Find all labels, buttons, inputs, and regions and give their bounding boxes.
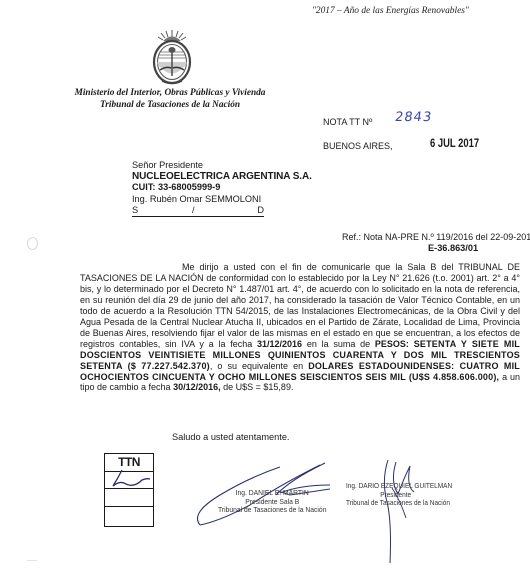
valuation-date: 31/12/2016 (257, 339, 302, 349)
addressee-contact: Ing. Rubén Omar SEMMOLONI (132, 194, 312, 205)
ttn-cell (105, 507, 153, 525)
addressee-cuit: CUIT: 33-68005999-9 (132, 182, 312, 193)
closing-greeting: Saludo a usted atentamente. (172, 432, 289, 442)
sd-line: S / D (132, 205, 264, 217)
signature-guitelman-icon (370, 458, 440, 568)
ttn-cell (105, 489, 153, 507)
reference-line: Ref.: Nota NA-PRE N.º 119/2016 del 22-09… (342, 232, 530, 242)
ministry-name: Ministerio del Interior, Obras Públicas … (60, 88, 280, 100)
note-number-handwritten: 2843 (394, 110, 433, 125)
letter-body: Me dirijo a usted con el fin de comunica… (80, 262, 520, 393)
punch-hole-mark (27, 237, 38, 250)
signer-org: Tribunal de Tasaciones de la Nación (218, 506, 326, 515)
body-paragraph: Me dirijo a usted con el fin de comunica… (80, 262, 520, 393)
exchange-rate: de U$S = $15,89. (223, 382, 293, 392)
sd-mid: / (192, 205, 195, 216)
addressee-block: Señor Presidente NUCLEOELECTRICA ARGENTI… (132, 160, 312, 217)
body-text-sum: en la suma de (307, 339, 370, 349)
handwritten-initial-icon (108, 468, 152, 490)
date-stamp: 6 JUL 2017 (430, 138, 479, 150)
signature-stamp-martin: Ing. DANIEL E. MARTIN Presidente Sala B … (218, 489, 326, 515)
header-motto: "2017 – Año de las Energías Renovables" (312, 6, 469, 16)
punch-hole-mark (27, 560, 37, 567)
exchange-date: 30/12/2016, (173, 382, 221, 392)
pesos-label: PESOS: (375, 339, 409, 349)
addressee-salutation: Señor Presidente (132, 160, 312, 171)
ministry-heading: Ministerio del Interior, Obras Públicas … (60, 88, 280, 111)
expediente-number: E-36.863/01 (428, 243, 478, 253)
note-label: NOTA TT Nº (323, 117, 372, 127)
ttn-initials-box: TTN (104, 453, 154, 527)
sd-left: S (132, 205, 138, 216)
addressee-company: NUCLEOELECTRICA ARGENTINA S.A. (132, 171, 312, 182)
argentina-coat-of-arms-icon (146, 28, 198, 88)
body-text-main: Me dirijo a usted con el fin de comunica… (80, 262, 520, 349)
signature-stamp-guitelman: Ing. DARIO EZEQUIEL GUITELMAN Presidente… (346, 482, 452, 508)
body-text-equivalent: , o su equivalente en (210, 361, 303, 371)
city-label: BUENOS AIRES, (323, 141, 393, 151)
signer-org: Tribunal de Tasaciones de la Nación (346, 499, 452, 508)
sd-right: D (257, 205, 264, 216)
tribunal-name: Tribunal de Tasaciones de la Nación (60, 100, 280, 112)
